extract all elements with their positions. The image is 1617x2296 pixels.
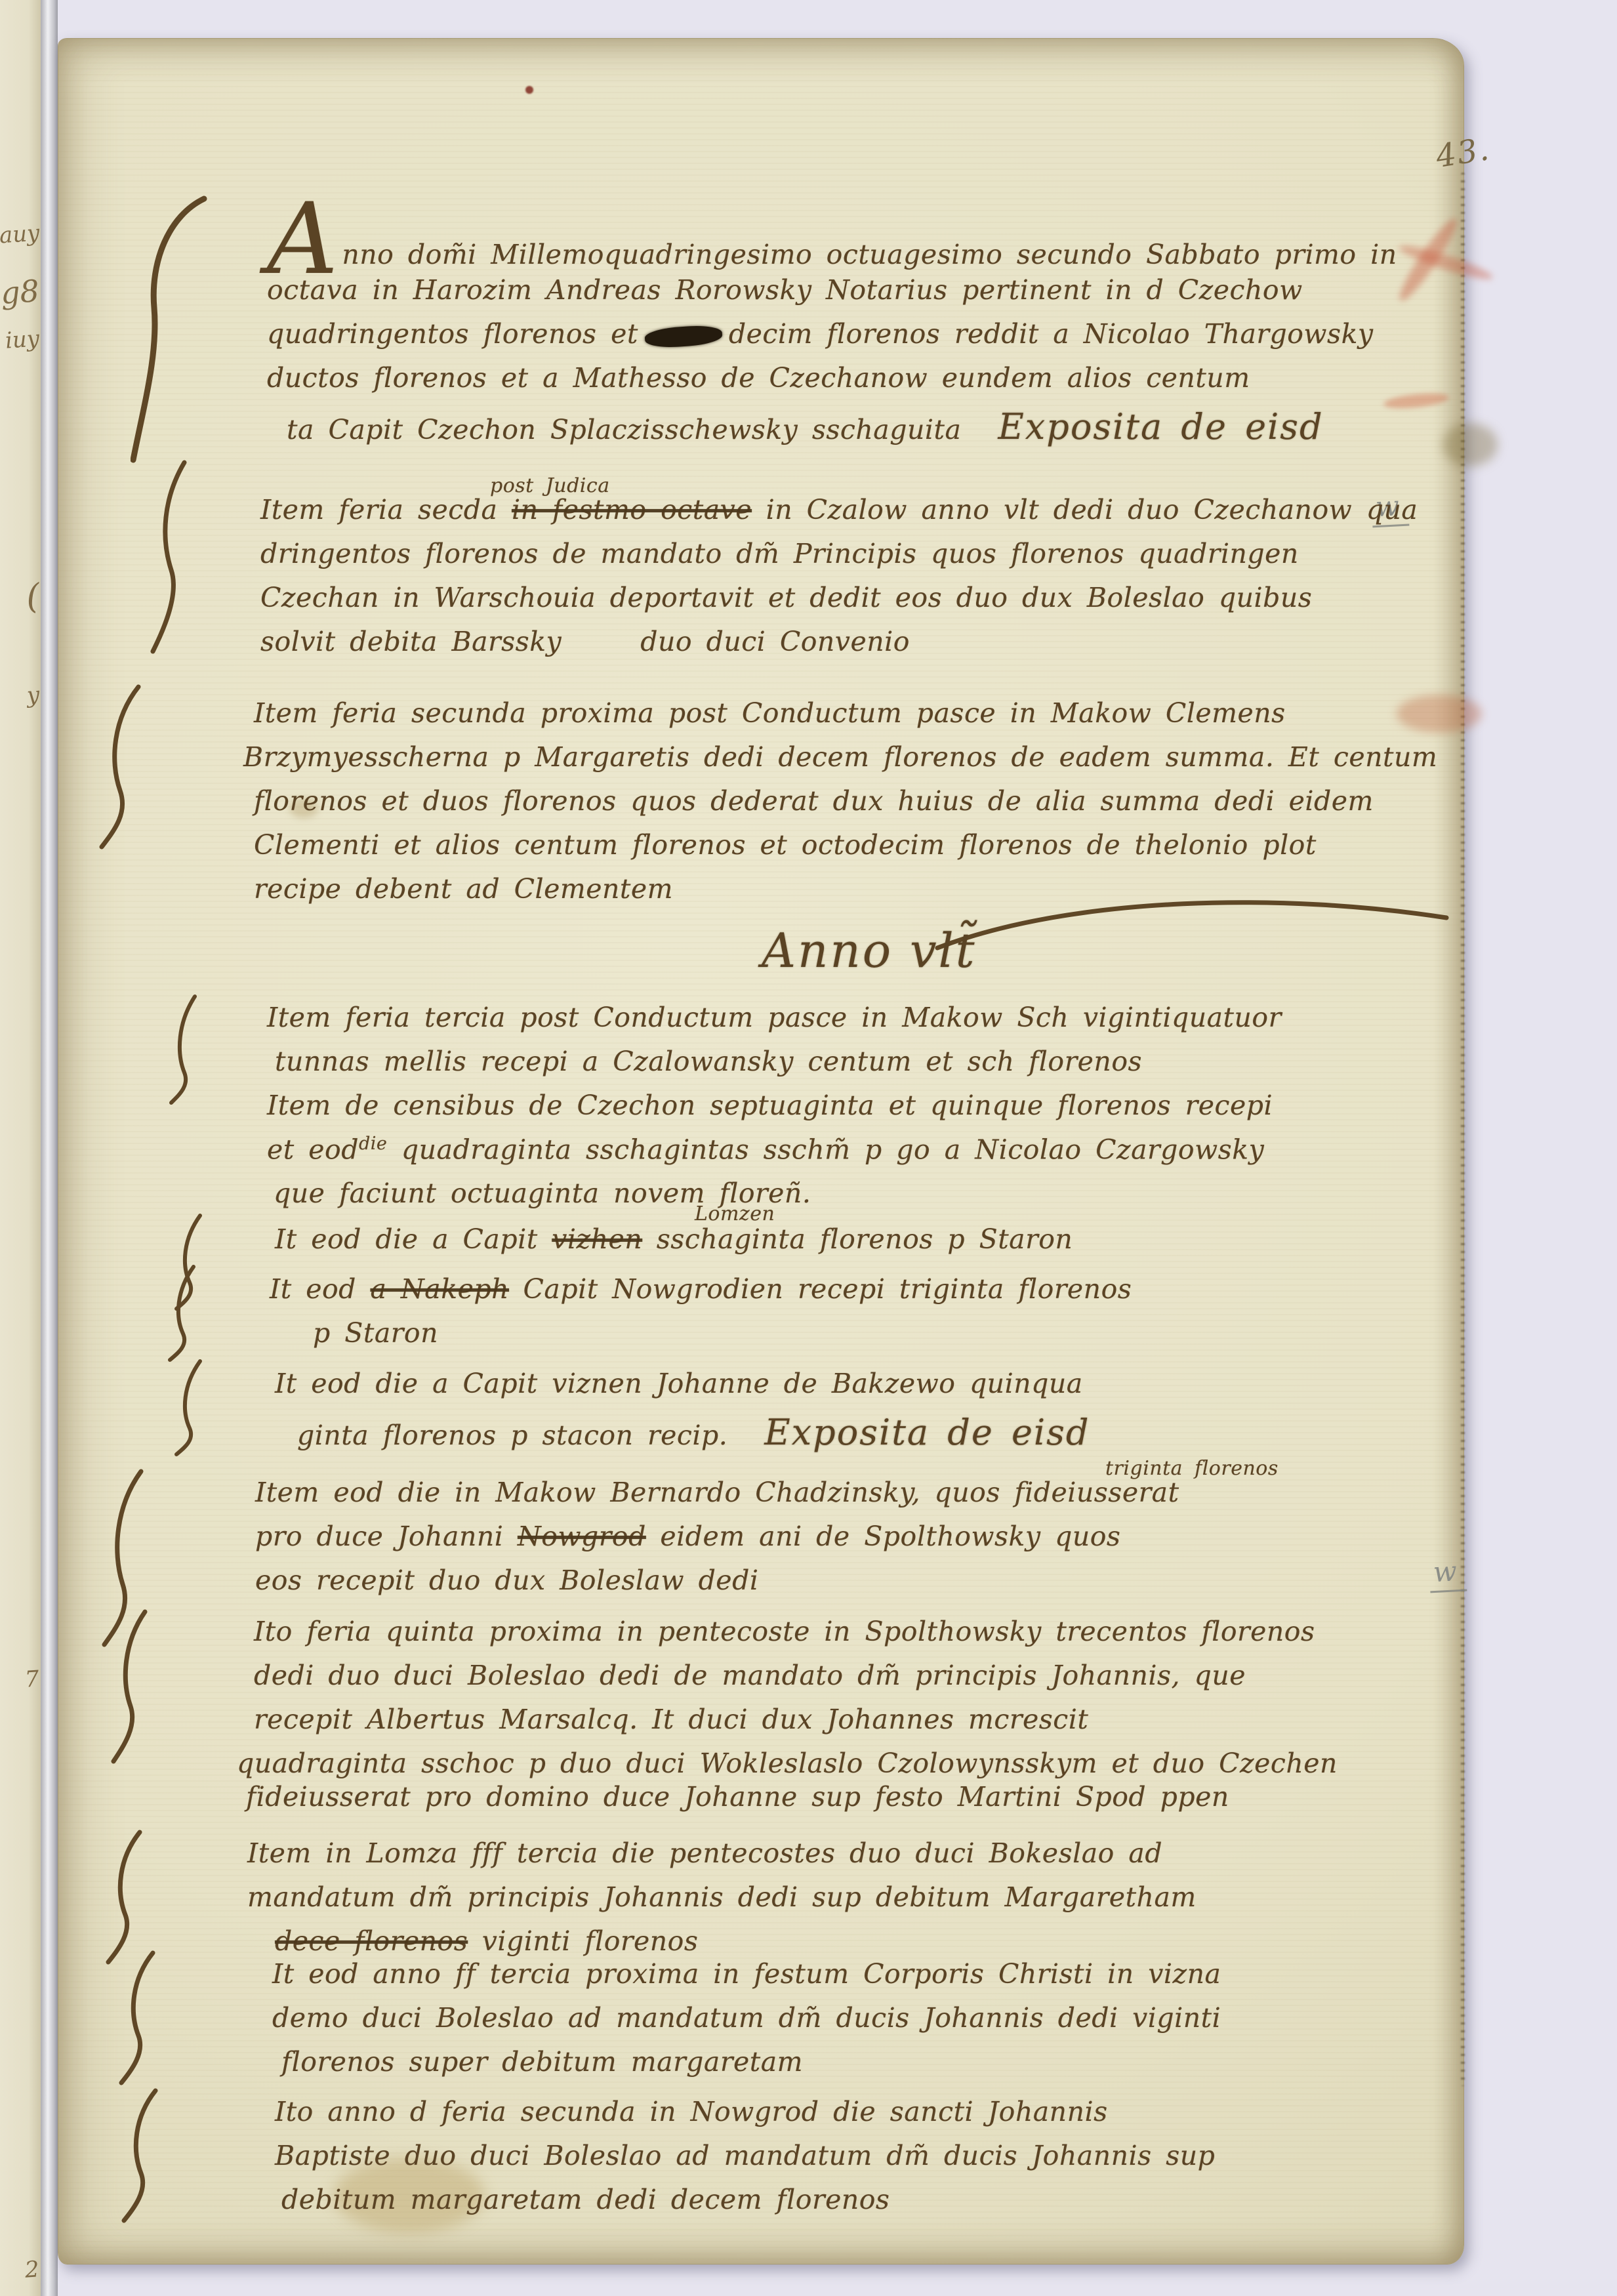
manuscript-line: florenos super debitum margaretam [281,2046,1221,2090]
paragraph-swash [174,1359,204,1460]
paragraph-swash [98,682,144,855]
manuscript-line: Ito anno d feria secunda in Nowgrod die … [275,2096,1215,2140]
entry-paragraph: triginta florenos Item eod die in Makow … [255,1477,1179,1609]
manuscript-line: eos recepit duo dux Boleslaw dedi [255,1565,1179,1609]
paragraph-swash [119,1949,158,2089]
ink-smudge [1443,423,1498,466]
paragraph-swash [167,1264,197,1365]
exposita-note: Exposita de eisd [764,1412,1090,1453]
interlinear-insertion: post Judica [490,474,610,497]
manuscript-line: It eod die a Capit vizhen sschaginta flo… [275,1223,1073,1267]
entry-paragraph: Ito anno d feria secunda in Nowgrod die … [275,2096,1215,2228]
initial-letter: A [267,182,335,297]
entry-paragraph: It eod die a Capit viznen Johanne de Bak… [275,1368,1090,1456]
manuscript-line: Anno dom̃i Millemoquadringesimo octuages… [267,230,1397,274]
manuscript-line: et eoddie quadraginta sschagintas sschm̃… [267,1134,1282,1178]
entry-paragraph: Lomzen It eod die a Capit vizhen sschagi… [275,1223,1073,1267]
paragraph-swash [174,1213,204,1314]
manuscript-line: quadringentos florenos etdecim florenos … [267,318,1397,362]
entry-paragraph: It eod anno ff tercia proxima in festum … [272,1958,1221,2090]
manuscript-line: octava in Harozim Andreas Rorowsky Notar… [267,274,1397,318]
entry-paragraph: post Judica Item feria secda in festmo o… [260,494,1418,670]
manuscript-line: Baptiste duo duci Boleslao ad mandatum d… [275,2140,1215,2184]
manuscript-line: ta Capit Czechon Splaczisschewsky sschag… [287,406,1397,450]
manuscript-line: It eod anno ff tercia proxima in festum … [272,1958,1221,2002]
manuscript-line: debitum margaretam dedi decem florenos [281,2184,1215,2228]
manuscript-line: demo duci Boleslao ad mandatum dm̃ ducis… [272,2002,1221,2046]
manuscript-line: Brzymyesscherna p Margaretis dedi decem … [243,741,1437,785]
manuscript-page: 43. w w [58,38,1464,2265]
manuscript-line: fideiusserat pro domino duce Johanne sup… [246,1781,1338,1825]
entry-paragraph: Item in Lomza fff tercia die pentecostes… [247,1837,1197,1969]
entry-paragraph: Item feria tercia post Conductum pasce i… [267,1002,1282,1221]
facing-page-text-fragment: g8 [0,273,41,311]
entry-paragraph: Ito feria quinta proxima in pentecoste i… [254,1616,1338,1825]
manuscript-line: dringentos florenos de mandato dm̃ Princ… [260,538,1418,582]
manuscript-line: Item in Lomza fff tercia die pentecostes… [247,1837,1197,1881]
entry-paragraph: Item feria secunda proxima post Conductu… [254,697,1437,917]
facing-page-text-fragment: 7 [24,1666,40,1692]
red-chalk-cross [1397,240,1494,284]
manuscript-line: ductos florenos et a Mathesso de Czechan… [267,362,1397,406]
manuscript-line: Item feria secda in festmo octave in Cza… [260,494,1418,538]
struck-text: in festmo octave [512,494,752,525]
struck-text: dece florenos [275,1925,468,1957]
initial-flourish [131,190,216,468]
facing-page-text-fragment: y [26,682,40,708]
facing-page-text-fragment: 2 [24,2256,40,2283]
manuscript-line: It eod a Nakeph Capit Nowgrodien recepi … [270,1273,1132,1317]
manuscript-line: recepit Albertus Marsalcq. It duci dux J… [254,1704,1338,1748]
gutter-separator [41,0,58,2296]
red-chalk-cross [1393,215,1462,306]
ink-blot [644,323,723,348]
manuscript-line: It eod die a Capit viznen Johanne de Bak… [275,1368,1090,1412]
entry-paragraph: Anno dom̃i Millemoquadringesimo octuages… [267,230,1397,450]
struck-text: vizhen [552,1223,642,1255]
deckle-edge [1461,173,1465,2086]
manuscript-line: Item feria secunda proxima post Conductu… [254,697,1437,741]
facing-page-text-fragment: ( [25,577,41,617]
entry-paragraph: It eod a Nakeph Capit Nowgrodien recepi … [270,1273,1132,1361]
manuscript-line: Item eod die in Makow Bernardo Chadzinsk… [255,1477,1179,1521]
struck-text: a Nakeph [370,1273,509,1305]
manuscript-line: florenos et duos florenos quos dederat d… [254,785,1437,829]
manuscript-line: mandatum dm̃ principis Johannis dedi sup… [247,1881,1197,1925]
superscript-insertion: die [359,1134,387,1154]
paragraph-swash [100,1466,146,1652]
paragraph-swash [169,994,199,1108]
facing-page-sliver: zauy g8 iuy ( y 7 2 [0,0,41,2296]
manuscript-line: p Staron [313,1317,1132,1361]
paragraph-swash [106,1828,145,1969]
ink-speck [525,86,533,94]
facing-page-text-fragment: iuy [5,325,41,354]
manuscript-line: tunnas mellis recepi a Czalowansky centu… [275,1046,1282,1090]
manuscript-line: Ito feria quinta proxima in pentecoste i… [254,1616,1338,1660]
manuscript-line: Czechan in Warschouia deportavit et dedi… [260,582,1418,626]
paragraph-swash [111,1608,150,1768]
manuscript-line: pro duce Johanni Nowgrod eidem ani de Sp… [255,1521,1179,1565]
manuscript-line: solvit debita Barsskyduo duci Convenio [260,626,1418,670]
exposita-note: Exposita de eisd [998,406,1323,447]
paragraph-swash [121,2087,161,2227]
struck-text: Nowgrod [518,1521,646,1552]
manuscript-line: Item feria tercia post Conductum pasce i… [267,1002,1282,1046]
section-heading: Anno vlt̃ [762,923,977,978]
manuscript-line: dedi duo duci Boleslao dedi de mandato d… [254,1660,1338,1704]
manuscript-line: ginta florenos p stacon recip.Exposita d… [297,1412,1090,1456]
interlinear-insertion: triginta florenos [1105,1457,1279,1480]
folio-number: 43. [1433,131,1492,175]
manuscript-line: recipe debent ad Clementem [254,873,1437,917]
paragraph-swash [150,459,190,658]
manuscript-line: Clementi et alios centum florenos et oct… [254,829,1437,873]
facing-page-text-fragment: zauy [0,220,40,249]
manuscript-scan: zauy g8 iuy ( y 7 2 43. w w [0,0,1617,2296]
manuscript-line: que faciunt octuaginta novem floreñ. [274,1178,1282,1221]
interlinear-insertion: Lomzen [695,1202,775,1225]
pencil-margin-mark: w [1429,1555,1467,1593]
manuscript-line: Item de censibus de Czechon septuaginta … [267,1090,1282,1134]
